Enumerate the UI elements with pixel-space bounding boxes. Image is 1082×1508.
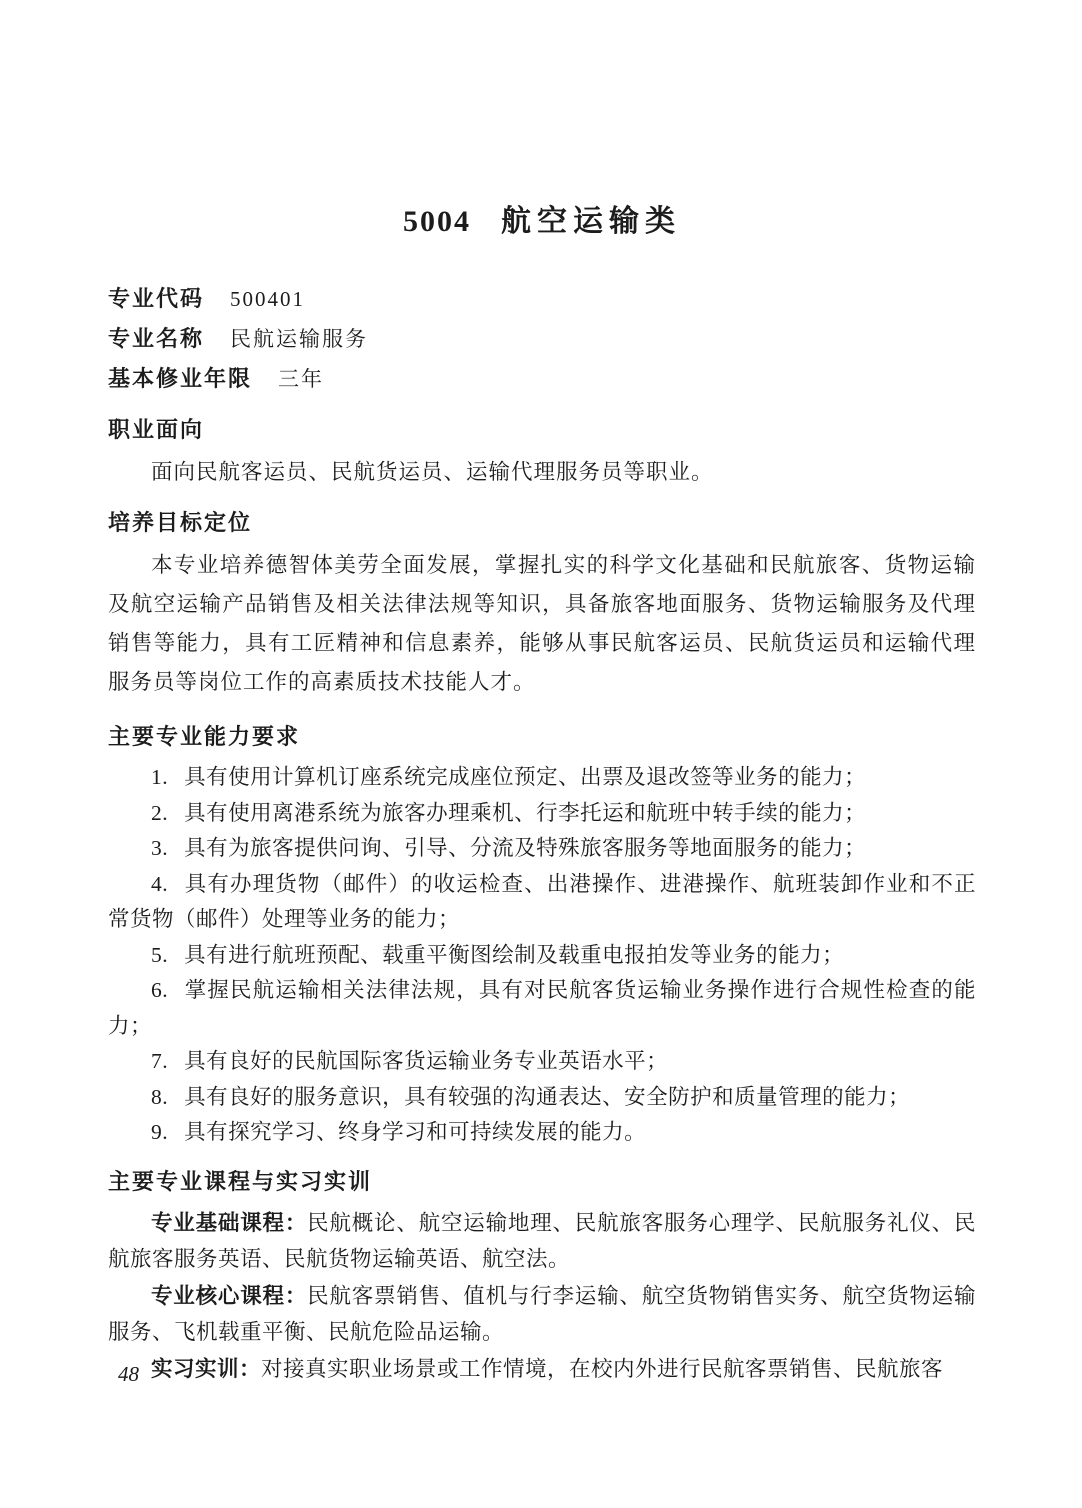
course-groups: 专业基础课程：民航概论、航空运输地理、民航旅客服务心理学、民航服务礼仪、民航旅客… — [108, 1205, 976, 1388]
meta-label-code: 专业代码 — [108, 286, 204, 311]
ability-num-5: 5. — [151, 943, 168, 967]
section-heading-career: 职业面向 — [108, 415, 976, 445]
category-code: 5004 — [403, 205, 471, 238]
meta-value-code: 500401 — [230, 287, 305, 311]
meta-label-duration: 基本修业年限 — [108, 366, 252, 391]
document-page: 5004航空运输类 专业代码500401 专业名称民航运输服务 基本修业年限三年… — [0, 0, 1082, 1508]
ability-item-9: 9.具有探究学习、终身学习和可持续发展的能力。 — [108, 1115, 976, 1151]
ability-text-4: 具有办理货物（邮件）的收运检查、出港操作、进港操作、航班装卸作业和不正常货物（邮… — [108, 872, 976, 932]
ability-list: 1.具有使用计算机订座系统完成座位预定、出票及退改签等业务的能力； 2.具有使用… — [108, 760, 976, 1151]
meta-value-name: 民航运输服务 — [230, 327, 368, 351]
ability-num-2: 2. — [151, 801, 168, 825]
ability-item-2: 2.具有使用离港系统为旅客办理乘机、行李托运和航班中转手续的能力； — [108, 796, 976, 832]
category-name: 航空运输类 — [501, 205, 681, 238]
ability-item-4: 4.具有办理货物（邮件）的收运检查、出港操作、进港操作、航班装卸作业和不正常货物… — [108, 867, 976, 938]
ability-item-3: 3.具有为旅客提供问询、引导、分流及特殊旅客服务等地面服务的能力； — [108, 831, 976, 867]
course-text-practice: 对接真实职业场景或工作情境，在校内外进行民航客票销售、民航旅客 — [261, 1357, 943, 1381]
ability-num-3: 3. — [151, 836, 168, 860]
section-heading-objective: 培养目标定位 — [108, 508, 976, 538]
ability-text-9: 具有探究学习、终身学习和可持续发展的能力。 — [184, 1120, 646, 1144]
course-label-basic: 专业基础课程： — [151, 1211, 307, 1235]
course-group-basic: 专业基础课程：民航概论、航空运输地理、民航旅客服务心理学、民航服务礼仪、民航旅客… — [108, 1205, 976, 1278]
meta-row-name: 专业名称民航运输服务 — [108, 319, 976, 359]
major-meta: 专业代码500401 专业名称民航运输服务 基本修业年限三年 — [108, 279, 976, 399]
meta-row-code: 专业代码500401 — [108, 279, 976, 319]
ability-text-2: 具有使用离港系统为旅客办理乘机、行李托运和航班中转手续的能力； — [184, 801, 866, 825]
ability-item-5: 5.具有进行航班预配、载重平衡图绘制及载重电报拍发等业务的能力； — [108, 938, 976, 974]
section-heading-courses: 主要专业课程与实习实训 — [108, 1167, 976, 1197]
ability-num-7: 7. — [151, 1049, 168, 1073]
ability-item-1: 1.具有使用计算机订座系统完成座位预定、出票及退改签等业务的能力； — [108, 760, 976, 796]
career-paragraph: 面向民航客运员、民航货运员、运输代理服务员等职业。 — [108, 453, 976, 492]
page-number: 48 — [118, 1362, 139, 1387]
ability-text-8: 具有良好的服务意识，具有较强的沟通表达、安全防护和质量管理的能力； — [184, 1085, 910, 1109]
ability-num-1: 1. — [151, 765, 168, 789]
meta-label-name: 专业名称 — [108, 326, 204, 351]
ability-num-4: 4. — [151, 872, 168, 896]
ability-num-8: 8. — [151, 1085, 168, 1109]
course-group-core: 专业核心课程：民航客票销售、值机与行李运输、航空货物销售实务、航空货物运输服务、… — [108, 1278, 976, 1351]
ability-text-7: 具有良好的民航国际客货运输业务专业英语水平； — [184, 1049, 668, 1073]
course-label-practice: 实习实训： — [151, 1357, 261, 1381]
course-group-practice: 实习实训：对接真实职业场景或工作情境，在校内外进行民航客票销售、民航旅客 — [108, 1351, 976, 1388]
ability-text-1: 具有使用计算机订座系统完成座位预定、出票及退改签等业务的能力； — [184, 765, 866, 789]
ability-text-5: 具有进行航班预配、载重平衡图绘制及载重电报拍发等业务的能力； — [184, 943, 844, 967]
document-content: 5004航空运输类 专业代码500401 专业名称民航运输服务 基本修业年限三年… — [108, 0, 976, 1387]
ability-item-7: 7.具有良好的民航国际客货运输业务专业英语水平； — [108, 1044, 976, 1080]
ability-item-6: 6.掌握民航运输相关法律法规，具有对民航客货运输业务操作进行合规性检查的能力； — [108, 973, 976, 1044]
ability-num-6: 6. — [151, 978, 168, 1002]
ability-text-6: 掌握民航运输相关法律法规，具有对民航客货运输业务操作进行合规性检查的能力； — [108, 978, 976, 1038]
objective-paragraph: 本专业培养德智体美劳全面发展，掌握扎实的科学文化基础和民航旅客、货物运输及航空运… — [108, 546, 976, 702]
meta-value-duration: 三年 — [278, 367, 324, 391]
section-heading-abilities: 主要专业能力要求 — [108, 722, 976, 752]
page-title: 5004航空运输类 — [108, 201, 976, 243]
meta-row-duration: 基本修业年限三年 — [108, 359, 976, 399]
ability-num-9: 9. — [151, 1120, 168, 1144]
ability-text-3: 具有为旅客提供问询、引导、分流及特殊旅客服务等地面服务的能力； — [184, 836, 866, 860]
ability-item-8: 8.具有良好的服务意识，具有较强的沟通表达、安全防护和质量管理的能力； — [108, 1080, 976, 1116]
course-label-core: 专业核心课程： — [151, 1284, 307, 1308]
